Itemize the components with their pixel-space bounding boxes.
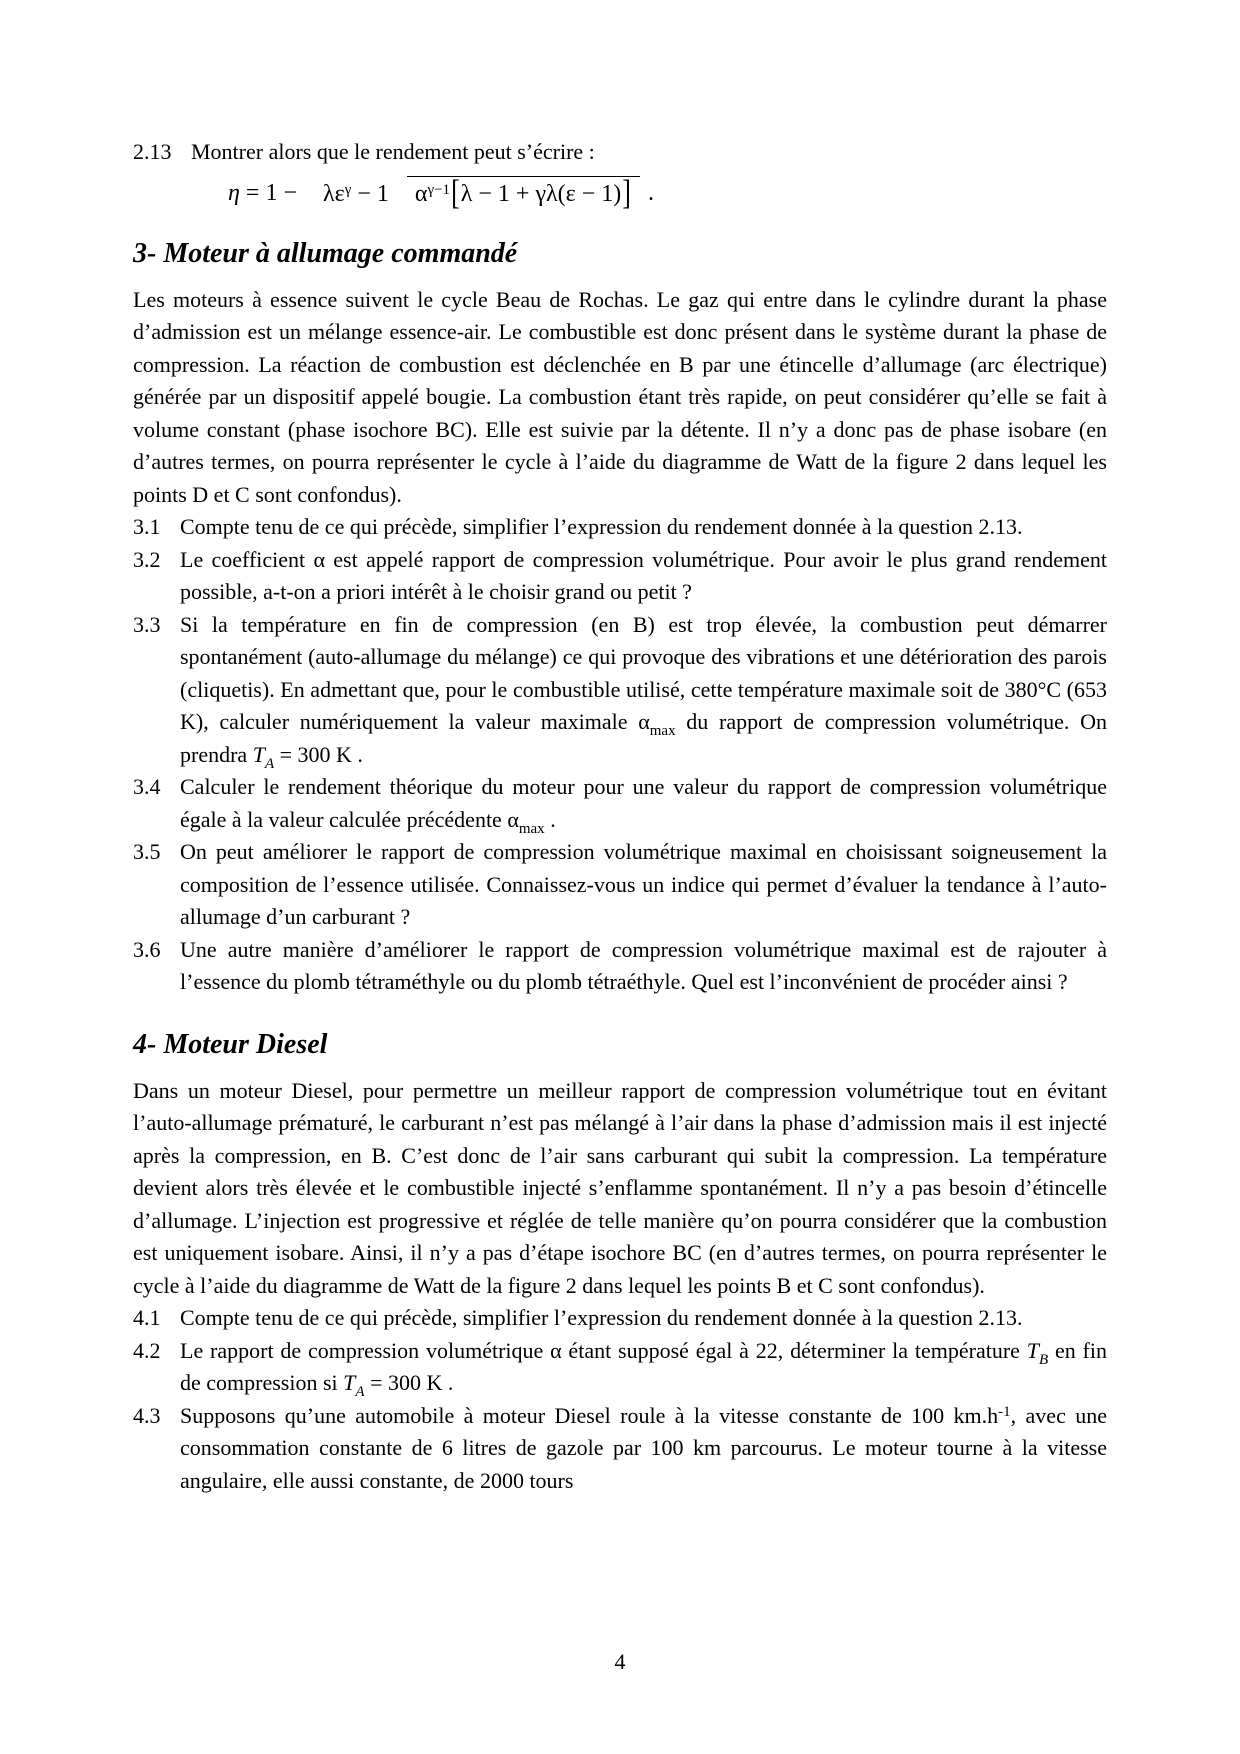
text-segment: = 300 K .	[365, 1370, 454, 1395]
question-item-3-3: 3.3 Si la température en fin de compress…	[133, 609, 1107, 772]
question-item-4-2: 4.2 Le rapport de compression volumétriq…	[133, 1335, 1107, 1400]
question-number: 3.6	[133, 934, 180, 999]
denominator-inner: λ − 1 + γλ(ε − 1)	[461, 181, 622, 207]
rendement-formula: η = 1 − λεγ − 1 αγ−1[λ − 1 + γλ(ε − 1)] …	[228, 179, 1107, 208]
question-number: 3.2	[133, 544, 180, 609]
formula-fraction: λεγ − 1 αγ−1[λ − 1 + γλ(ε − 1)]	[311, 179, 640, 208]
right-bracket: ]	[621, 174, 632, 212]
exponent-minus-one: -1	[998, 1404, 1011, 1420]
T-subscript: A	[265, 756, 274, 772]
question-number: 3.4	[133, 771, 180, 836]
T-subscript: A	[355, 1384, 364, 1400]
question-text: Une autre manière d’améliorer le rapport…	[180, 934, 1107, 999]
alpha-subscript: max	[650, 723, 676, 739]
question-number: 3.3	[133, 609, 180, 772]
question-text: Le coefficient α est appelé rapport de c…	[180, 544, 1107, 609]
formula-numerator: λεγ − 1	[311, 181, 401, 212]
question-text: Compte tenu de ce qui précède, simplifie…	[180, 511, 1107, 544]
document-page: 2.13 Montrer alors que le rendement peut…	[0, 0, 1240, 1754]
text-segment: Supposons qu’une automobile à moteur Die…	[180, 1403, 998, 1428]
question-item-3-2: 3.2 Le coefficient α est appelé rapport …	[133, 544, 1107, 609]
formula-denominator: αγ−1[λ − 1 + γλ(ε − 1)]	[407, 176, 640, 207]
page-number: 4	[0, 1646, 1240, 1679]
question-text: Le rapport de compression volumétrique α…	[180, 1335, 1107, 1400]
T-glyph: T	[253, 742, 265, 767]
temperature-TA-symbol: TA	[253, 742, 274, 767]
question-item-2-13: 2.13 Montrer alors que le rendement peut…	[133, 136, 1107, 169]
T-subscript: B	[1039, 1352, 1048, 1368]
section-heading-3: 3- Moteur à allumage commandé	[133, 236, 1107, 272]
text-segment: Le rapport de compression volumétrique α…	[180, 1338, 1027, 1363]
denominator-base: α	[415, 181, 428, 207]
T-glyph: T	[343, 1370, 355, 1395]
denominator-exponent: γ−1	[427, 182, 450, 198]
formula-period: .	[648, 179, 654, 207]
question-text: Compte tenu de ce qui précède, simplifie…	[180, 1302, 1107, 1335]
question-text: Si la température en fin de compression …	[180, 609, 1107, 772]
formula-lhs-eta: η	[228, 179, 240, 207]
alpha-subscript: max	[519, 821, 545, 837]
section-3-intro: Les moteurs à essence suivent le cycle B…	[133, 284, 1107, 512]
alpha-glyph: α	[638, 709, 650, 734]
alpha-max-symbol: αmax	[507, 807, 544, 832]
question-item-3-1: 3.1 Compte tenu de ce qui précède, simpl…	[133, 511, 1107, 544]
alpha-max-symbol: αmax	[638, 709, 675, 734]
question-text: Montrer alors que le rendement peut s’éc…	[191, 136, 1107, 169]
alpha-glyph: α	[507, 807, 519, 832]
question-number: 3.5	[133, 836, 180, 934]
question-item-3-6: 3.6 Une autre manière d’améliorer le rap…	[133, 934, 1107, 999]
text-segment: Calculer le rendement théorique du moteu…	[180, 774, 1107, 832]
temperature-TA-symbol: TA	[343, 1370, 364, 1395]
question-item-3-4: 3.4 Calculer le rendement théorique du m…	[133, 771, 1107, 836]
formula-equals: = 1 −	[246, 179, 297, 207]
question-number: 2.13	[133, 136, 191, 169]
question-text: Calculer le rendement théorique du moteu…	[180, 771, 1107, 836]
question-item-3-5: 3.5 On peut améliorer le rapport de comp…	[133, 836, 1107, 934]
question-text: On peut améliorer le rapport de compress…	[180, 836, 1107, 934]
numerator-base: λε	[323, 181, 345, 207]
section-4-intro: Dans un moteur Diesel, pour permettre un…	[133, 1075, 1107, 1303]
text-segment: .	[545, 807, 556, 832]
question-number: 4.1	[133, 1302, 180, 1335]
question-number: 3.1	[133, 511, 180, 544]
text-segment: = 300 K .	[274, 742, 363, 767]
question-text: Supposons qu’une automobile à moteur Die…	[180, 1400, 1107, 1498]
section-heading-4: 4- Moteur Diesel	[133, 1027, 1107, 1063]
temperature-TB-symbol: TB	[1027, 1338, 1048, 1363]
numerator-tail: − 1	[351, 181, 389, 207]
left-bracket: [	[450, 174, 461, 212]
question-number: 4.2	[133, 1335, 180, 1400]
T-glyph: T	[1027, 1338, 1039, 1363]
question-item-4-1: 4.1 Compte tenu de ce qui précède, simpl…	[133, 1302, 1107, 1335]
question-item-4-3: 4.3 Supposons qu’une automobile à moteur…	[133, 1400, 1107, 1498]
question-number: 4.3	[133, 1400, 180, 1498]
